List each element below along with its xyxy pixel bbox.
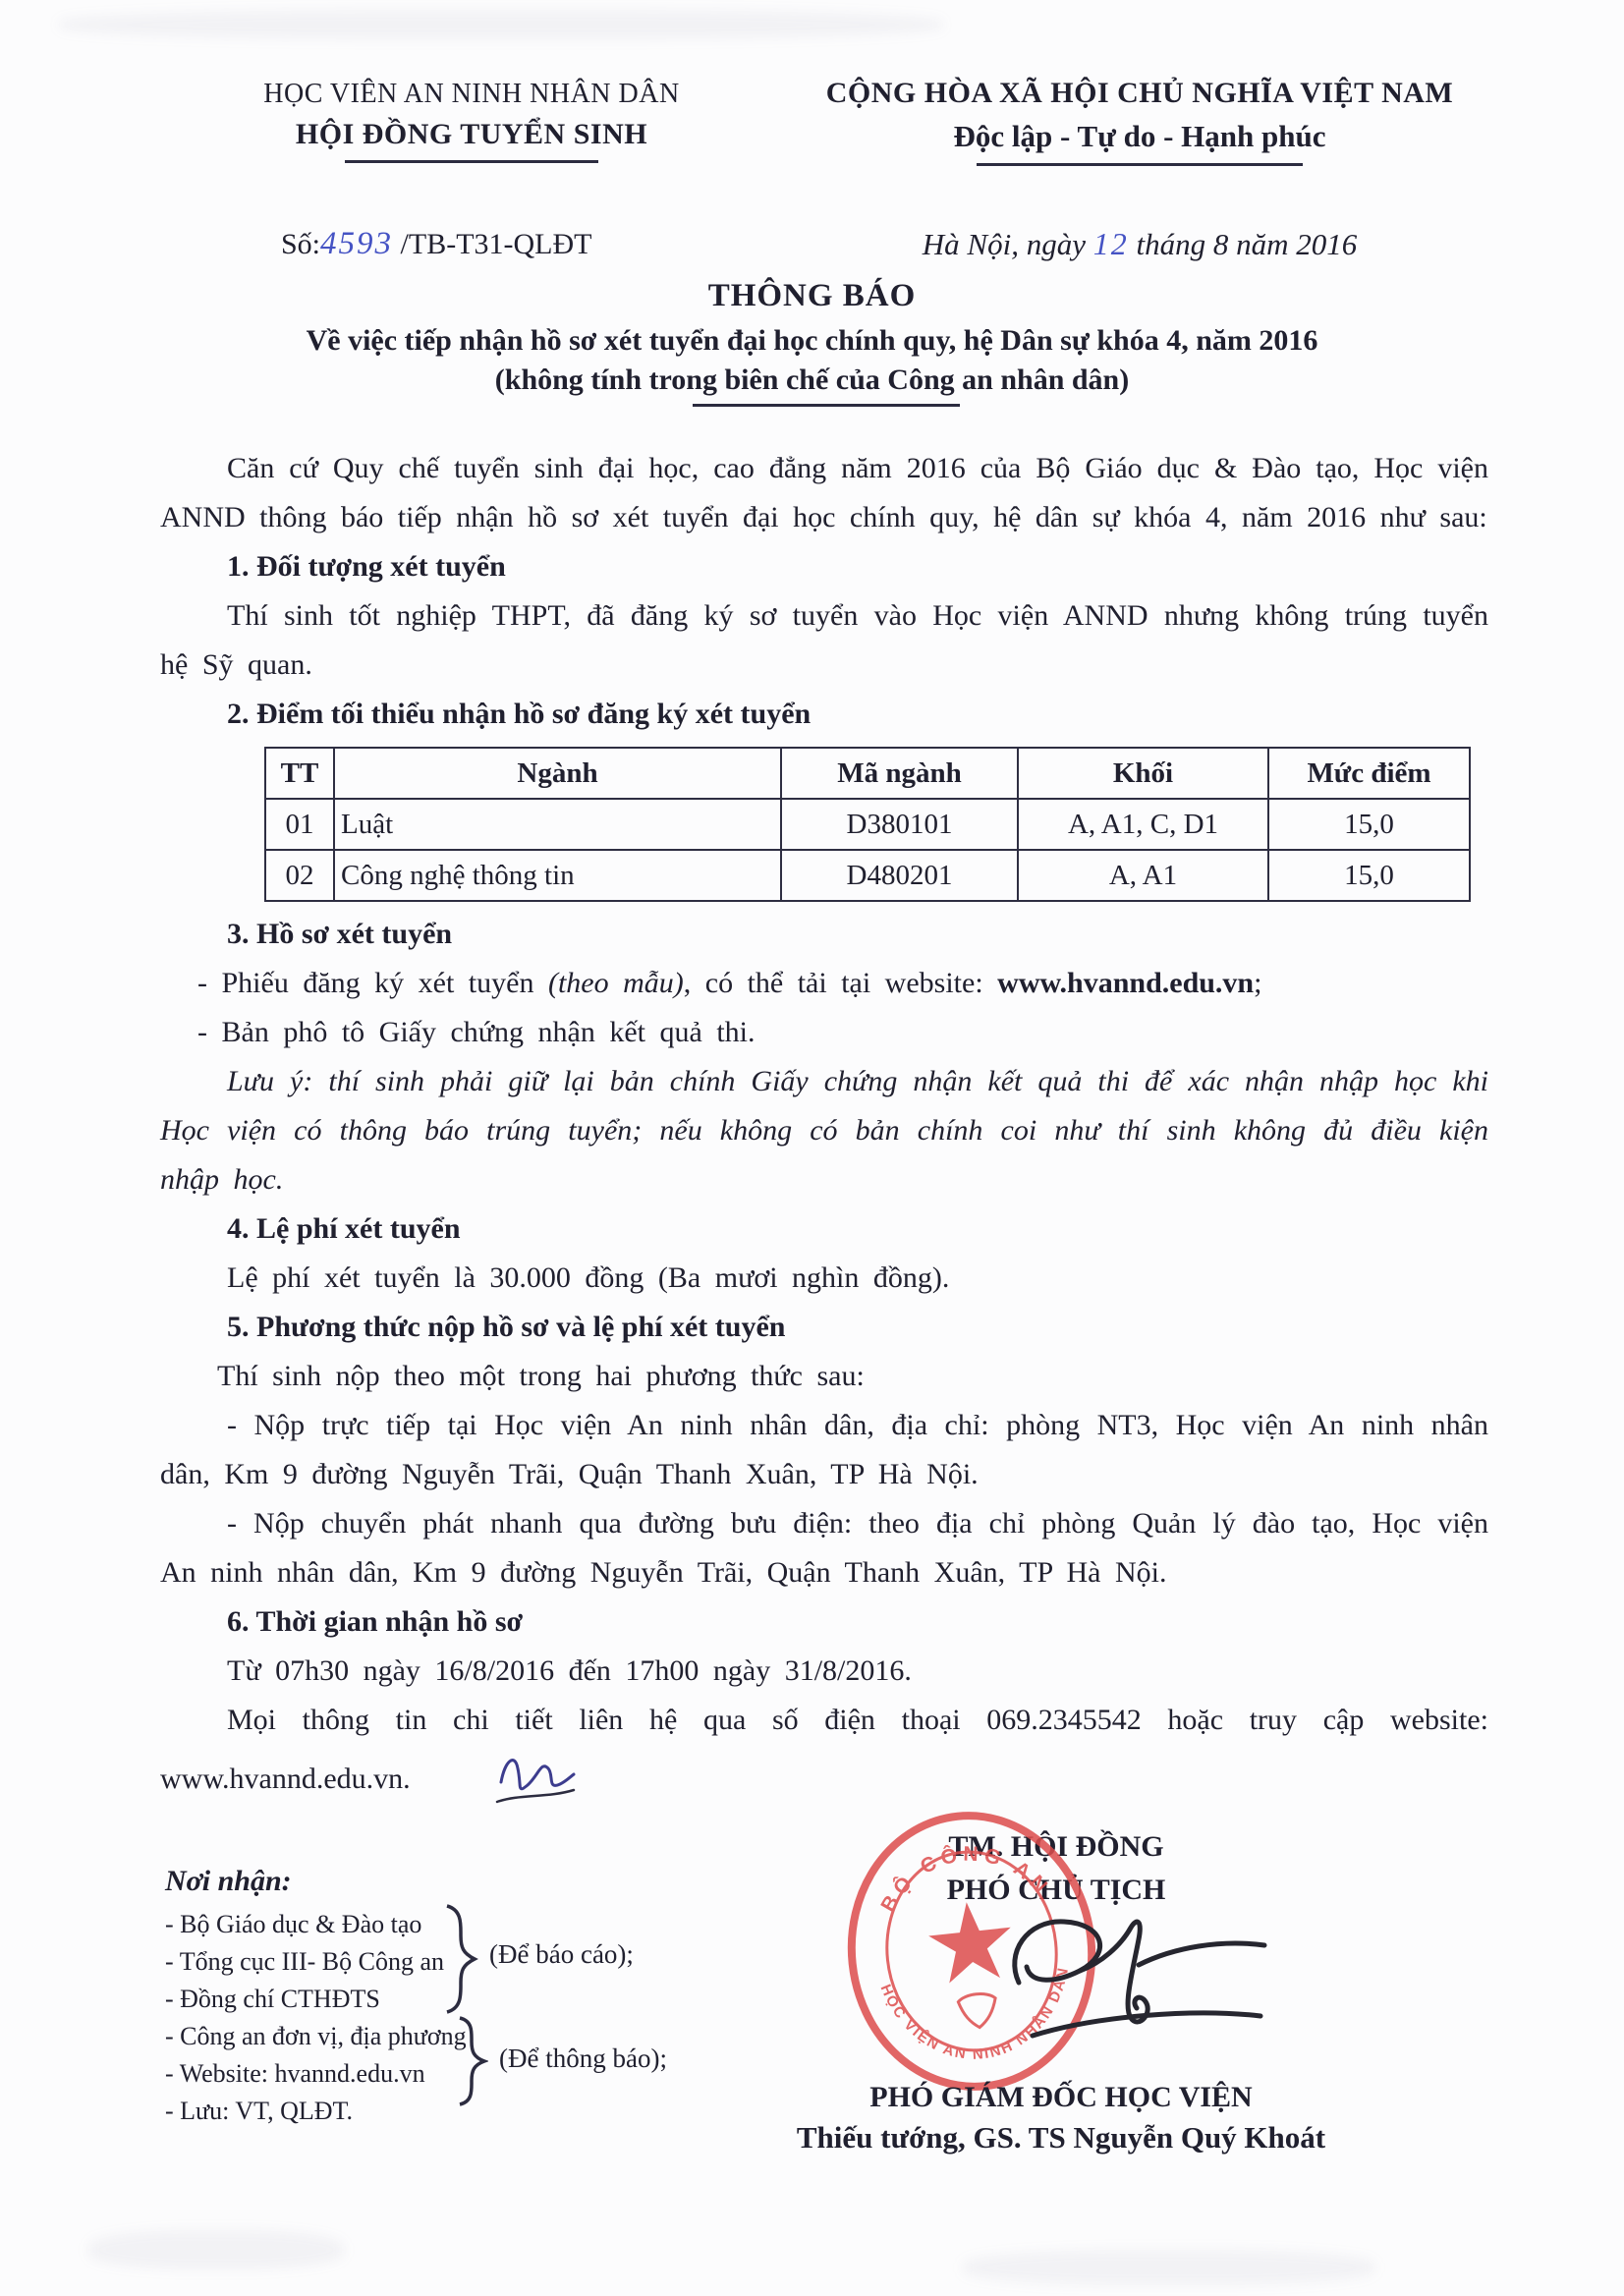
scan-artifact <box>963 2250 1375 2285</box>
section6-body2: Mọi thông tin chi tiết liên hệ qua số đi… <box>160 1696 1488 1825</box>
title-underline <box>693 404 960 407</box>
recipient-item: - Đồng chí CTHĐTS <box>165 1981 715 2018</box>
cell-ma-nganh: D480201 <box>781 850 1018 901</box>
cell-muc-diem: 15,0 <box>1268 799 1470 850</box>
cell-khoi: A, A1 <box>1018 850 1268 901</box>
item1-italic: (theo mẫu) <box>548 967 684 999</box>
section3-note: Lưu ý: thí sinh phải giữ lại bản chính G… <box>160 1057 1488 1204</box>
section6-heading: 6. Thời gian nhận hồ sơ <box>160 1597 1488 1647</box>
doc-subject-note: (không tính trong biên chế của Công an n… <box>0 364 1624 397</box>
table-row: 02 Công nghệ thông tin D480201 A, A1 15,… <box>265 850 1470 901</box>
section5-item2: - Nộp chuyển phát nhanh qua đường bưu đi… <box>160 1499 1488 1597</box>
signer-block: PHÓ GIÁM ĐỐC HỌC VIỆN Thiếu tướng, GS. T… <box>722 2081 1400 2156</box>
document-title-block: THÔNG BÁO Về việc tiếp nhận hồ sơ xét tu… <box>0 278 1624 407</box>
agency-name: HỌC VIÊN AN NINH NHÂN DÂN <box>231 79 712 110</box>
col-header-muc-diem: Mức điểm <box>1268 748 1470 799</box>
signer-title: PHÓ GIÁM ĐỐC HỌC VIỆN <box>722 2081 1400 2114</box>
website-bold: www.hvannd.edu.vn <box>997 967 1254 999</box>
national-motto-block: CỘNG HÒA XÃ HỘI CHỦ NGHĨA VIỆT NAM Độc l… <box>776 77 1503 166</box>
admission-score-table: TT Ngành Mã ngành Khối Mức điểm 01 Luật … <box>264 747 1471 902</box>
recipients-brace-1 <box>444 1904 479 2014</box>
number-prefix: Số: <box>281 228 320 260</box>
document-body: Căn cứ Quy chế tuyển sinh đại học, cao đ… <box>160 444 1488 1825</box>
contact-line: Mọi thông tin chi tiết liên hệ qua số đi… <box>160 1704 1488 1795</box>
national-motto: Độc lập - Tự do - Hạnh phúc <box>776 119 1503 154</box>
motto-underline <box>977 163 1303 166</box>
agency-underline <box>345 160 598 163</box>
table-row: 01 Luật D380101 A, A1, C, D1 15,0 <box>265 799 1470 850</box>
agency-subname: HỘI ĐỒNG TUYỂN SINH <box>231 118 712 151</box>
for-notice-note: (Để thông báo); <box>499 2044 667 2074</box>
recipients-heading: Nơi nhận: <box>165 1865 715 1898</box>
issuing-agency-block: HỌC VIÊN AN NINH NHÂN DÂN HỘI ĐỒNG TUYỂN… <box>231 79 712 163</box>
section6-body1: Từ 07h30 ngày 16/8/2016 đến 17h00 ngày 3… <box>160 1647 1488 1696</box>
place-date-line: Hà Nội, ngày 12 tháng 8 năm 2016 <box>776 226 1503 262</box>
handwritten-day: 12 <box>1093 226 1129 261</box>
item1-mid: , có thể tải tại website: <box>684 967 997 999</box>
handwritten-number: 4593 <box>320 226 393 261</box>
date-prefix: Hà Nội, ngày <box>923 227 1093 261</box>
item1-text: - Phiếu đăng ký xét tuyển <box>197 967 548 999</box>
cell-muc-diem: 15,0 <box>1268 850 1470 901</box>
section3-heading: 3. Hồ sơ xét tuyển <box>160 910 1488 959</box>
cell-tt: 01 <box>265 799 334 850</box>
cell-ma-nganh: D380101 <box>781 799 1018 850</box>
section5-item1: - Nộp trực tiếp tại Học viện An ninh nhâ… <box>160 1401 1488 1499</box>
cell-nganh: Luật <box>334 799 781 850</box>
col-header-khoi: Khối <box>1018 748 1268 799</box>
cell-khoi: A, A1, C, D1 <box>1018 799 1268 850</box>
table-header-row: TT Ngành Mã ngành Khối Mức điểm <box>265 748 1470 799</box>
recipients-brace-2 <box>457 2016 488 2106</box>
intro-paragraph: Căn cứ Quy chế tuyển sinh đại học, cao đ… <box>160 444 1488 542</box>
section4-body: Lệ phí xét tuyển là 30.000 đồng (Ba mươi… <box>160 1254 1488 1303</box>
col-header-nganh: Ngành <box>334 748 781 799</box>
handwritten-signature <box>997 1906 1282 2058</box>
for-report-note: (Để báo cáo); <box>489 1939 634 1970</box>
section4-heading: 4. Lệ phí xét tuyển <box>160 1204 1488 1254</box>
date-suffix: tháng 8 năm 2016 <box>1129 227 1358 261</box>
scan-artifact <box>88 2230 344 2269</box>
doc-subject-title: Về việc tiếp nhận hồ sơ xét tuyển đại họ… <box>0 324 1624 358</box>
section5-heading: 5. Phương thức nộp hồ sơ và lệ phí xét t… <box>160 1303 1488 1352</box>
scan-artifact <box>59 10 943 39</box>
col-header-ma-nganh: Mã ngành <box>781 748 1018 799</box>
doc-type-title: THÔNG BÁO <box>0 278 1624 314</box>
national-title: CỘNG HÒA XÃ HỘI CHỦ NGHĨA VIỆT NAM <box>776 77 1503 110</box>
cell-nganh: Công nghệ thông tin <box>334 850 781 901</box>
section5-body: Thí sinh nộp theo một trong hai phương t… <box>160 1352 1488 1401</box>
item1-end: ; <box>1254 967 1261 999</box>
handwritten-initial-mark <box>424 1745 580 1825</box>
section1-heading: 1. Đối tượng xét tuyển <box>160 542 1488 591</box>
document-number: Số:4593 /TB-T31-QLĐT <box>281 226 592 262</box>
cell-tt: 02 <box>265 850 334 901</box>
section2-heading: 2. Điểm tối thiểu nhận hồ sơ đăng ký xét… <box>160 690 1488 739</box>
recipient-item: - Lưu: VT, QLĐT. <box>165 2093 715 2130</box>
recipient-item: - Bộ Giáo dục & Đào tạo <box>165 1906 715 1943</box>
signer-name: Thiếu tướng, GS. TS Nguyễn Quý Khoát <box>722 2120 1400 2156</box>
number-suffix: /TB-T31-QLĐT <box>393 228 591 260</box>
recipients-block: Nơi nhận: - Bộ Giáo dục & Đào tạo - Tổng… <box>165 1865 715 2130</box>
col-header-tt: TT <box>265 748 334 799</box>
section3-item2: - Bản phô tô Giấy chứng nhận kết quả thi… <box>160 1008 1488 1057</box>
section1-body: Thí sinh tốt nghiệp THPT, đã đăng ký sơ … <box>160 591 1488 690</box>
scanned-document-page: HỌC VIÊN AN NINH NHÂN DÂN HỘI ĐỒNG TUYỂN… <box>0 0 1624 2296</box>
section3-item1: - Phiếu đăng ký xét tuyển (theo mẫu), có… <box>160 959 1488 1008</box>
